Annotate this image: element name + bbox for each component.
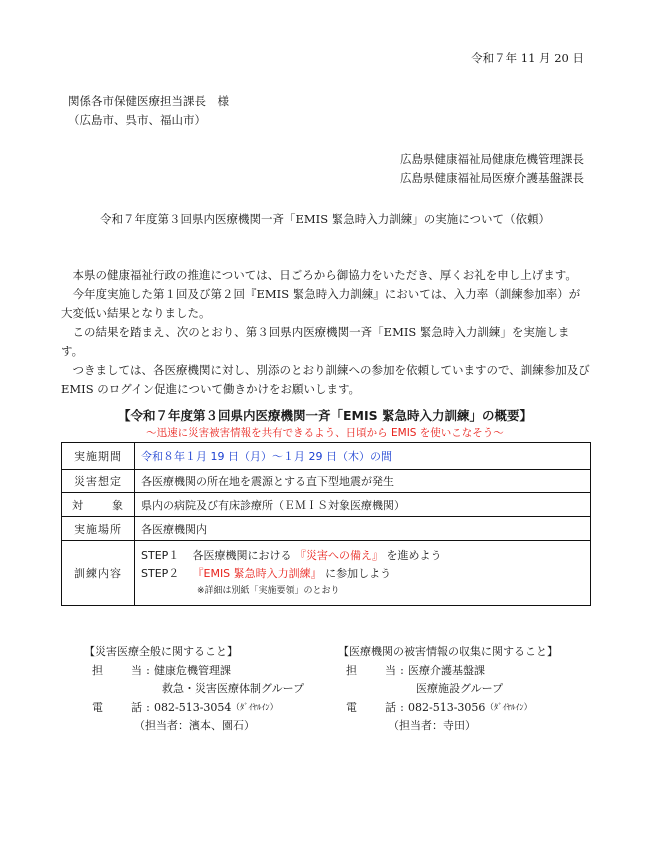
document-subject: 令和７年度第３回県内医療機関一斉「EMIS 緊急時入力訓練」の実施について（依頼…: [0, 211, 650, 227]
row-value-scenario: 各医療機関の所在地を震源とする直下型地震が発生: [135, 470, 591, 493]
contact-dept: 医療介護基盤課: [408, 662, 485, 681]
contact-heading: 【災害医療全般に関すること】: [84, 643, 304, 662]
row-value-target: 県内の病院及び有床診療所（ＥＭＩＳ対象医療機関）: [135, 493, 591, 517]
row-label: 実施場所: [62, 517, 135, 541]
step-2: STEP２ 『EMIS 緊急時入力訓練』 に参加しよう: [141, 565, 584, 583]
row-value-content: STEP１ 各医療機関における 『災害への備え』 を進めよう STEP２ 『EM…: [135, 541, 591, 606]
body-text: 本県の健康福祉行政の推進については、日ごろから御協力をいただき、厚くお礼を申し上…: [61, 266, 591, 399]
contact-dept: 健康危機管理課: [154, 662, 231, 681]
step-highlight: 『災害への備え』: [295, 549, 383, 562]
addressee-cities: （広島市、呉市、福山市）: [68, 111, 229, 130]
contact-tel-row: 電話 : 082-513-3054 （ﾀﾞｲﾔﾙｲﾝ）: [84, 699, 304, 718]
body-paragraph: 今年度実施した第１回及び第２回『EMIS 緊急時入力訓練』においては、入力率（訓…: [61, 285, 591, 323]
contact-group: 救急・災害医療体制グループ: [84, 680, 304, 699]
row-label: 対 象: [62, 493, 135, 517]
addressee: 関係各市保健医療担当課長 様 （広島市、呉市、福山市）: [68, 92, 229, 130]
step-key: STEP２: [141, 565, 189, 583]
body-paragraph: つきましては、各医療機関に対し、別添のとおり訓練への参加を依頼していますので、訓…: [61, 361, 591, 399]
contact-person: （担当者：濱本、園石）: [84, 717, 304, 736]
row-value-location: 各医療機関内: [135, 517, 591, 541]
table-row: 対 象 県内の病院及び有床診療所（ＥＭＩＳ対象医療機関）: [62, 493, 591, 517]
step-key: STEP１: [141, 547, 189, 565]
contact-damage-info: 【医療機関の被害情報の収集に関すること】 担当 : 医療介護基盤課 医療施設グル…: [338, 643, 558, 736]
body-paragraph: 本県の健康福祉行政の推進については、日ごろから御協力をいただき、厚くお礼を申し上…: [61, 266, 591, 285]
row-label-part: 象: [112, 497, 124, 513]
table-row: 災害想定 各医療機関の所在地を震源とする直下型地震が発生: [62, 470, 591, 493]
sender-line-2: 広島県健康福祉局医療介護基盤課長: [400, 169, 584, 188]
sender-line-1: 広島県健康福祉局健康危機管理課長: [400, 150, 584, 169]
row-label-part: 対: [72, 497, 84, 513]
step-text: に参加しよう: [325, 567, 391, 580]
table-row: 訓練内容 STEP１ 各医療機関における 『災害への備え』 を進めよう STEP…: [62, 541, 591, 606]
step-text: を進めよう: [387, 549, 442, 562]
table-row: 実施期間 令和８年１月 19 日（月）～１月 29 日（木）の間: [62, 443, 591, 470]
addressee-title: 関係各市保健医療担当課長 様: [68, 92, 229, 111]
contact-tel-note: （ﾀﾞｲﾔﾙｲﾝ）: [485, 699, 532, 718]
step-1: STEP１ 各医療機関における 『災害への備え』 を進めよう: [141, 547, 584, 565]
contact-tel: 082-513-3054: [154, 699, 231, 718]
document-date: 令和７年 11 月 20 日: [471, 50, 584, 66]
step-note: ※詳細は別紙「実施要領」のとおり: [141, 583, 584, 599]
contact-dept-row: 担当 : 健康危機管理課: [84, 662, 304, 681]
contact-tel-row: 電話 : 082-513-3056 （ﾀﾞｲﾔﾙｲﾝ）: [338, 699, 558, 718]
body-paragraph: この結果を踏まえ、次のとおり、第３回県内医療機関一斉「EMIS 緊急時入力訓練」…: [61, 323, 591, 361]
contact-person: （担当者：寺田）: [338, 717, 558, 736]
row-label: 災害想定: [62, 470, 135, 493]
contact-disaster-medical: 【災害医療全般に関すること】 担当 : 健康危機管理課 救急・災害医療体制グルー…: [84, 643, 304, 736]
sender: 広島県健康福祉局健康危機管理課長 広島県健康福祉局医療介護基盤課長: [400, 150, 584, 188]
contact-heading: 【医療機関の被害情報の収集に関すること】: [338, 643, 558, 662]
step-highlight: 『EMIS 緊急時入力訓練』: [193, 567, 322, 580]
contact-group: 医療施設グループ: [338, 680, 558, 699]
row-label: 訓練内容: [62, 541, 135, 606]
summary-subtitle: ～迅速に災害被害情報を共有できるよう、日頃から EMIS を使いこなそう～: [0, 425, 650, 440]
row-label: 実施期間: [62, 443, 135, 470]
contact-dept-row: 担当 : 医療介護基盤課: [338, 662, 558, 681]
contact-tel: 082-513-3056: [408, 699, 485, 718]
row-value-period: 令和８年１月 19 日（月）～１月 29 日（木）の間: [135, 443, 591, 470]
overview-table: 実施期間 令和８年１月 19 日（月）～１月 29 日（木）の間 災害想定 各医…: [61, 442, 591, 606]
table-row: 実施場所 各医療機関内: [62, 517, 591, 541]
summary-title: 【令和７年度第３回県内医療機関一斉「EMIS 緊急時入力訓練」の概要】: [0, 406, 650, 424]
step-text: 各医療機関における: [193, 549, 292, 562]
contact-tel-note: （ﾀﾞｲﾔﾙｲﾝ）: [231, 699, 278, 718]
